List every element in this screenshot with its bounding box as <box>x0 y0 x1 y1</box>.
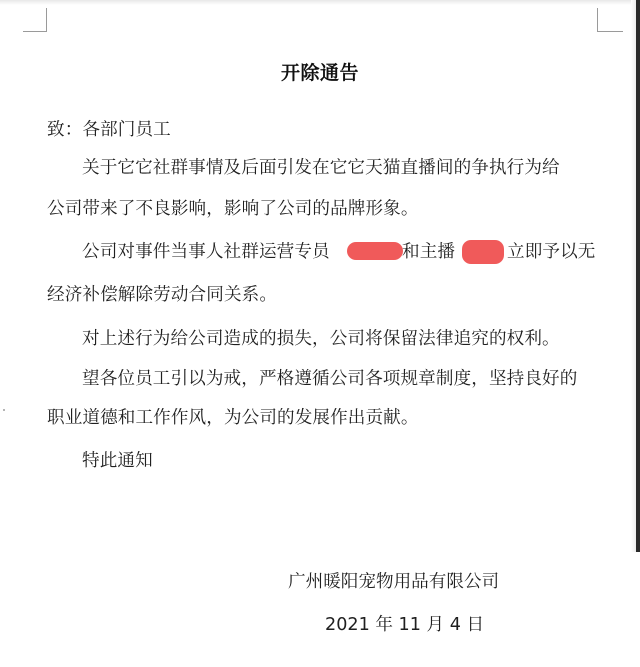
paragraph-1-line-1: 关于它它社群事情及后面引发在它它天猫直播间的争执行为给 <box>82 157 560 179</box>
signature-company: 广州暖阳宠物用品有限公司 <box>288 571 499 593</box>
margin-corner-mark-top-right <box>597 8 623 32</box>
closing-notice: 特此通知 <box>82 450 153 472</box>
paragraph-3-line-1: 对上述行为给公司造成的损失，公司将保留法律追究的权利。 <box>82 328 560 350</box>
margin-corner-mark-top-left <box>23 8 47 32</box>
salutation: 致：各部门员工 <box>47 119 171 141</box>
paragraph-2-line-2: 经济补偿解除劳动合同关系。 <box>47 284 277 306</box>
paragraph-4-line-2: 职业道德和工作作风，为公司的发展作出贡献。 <box>47 407 419 429</box>
paragraph-4-line-1: 望各位员工引以为戒，严格遵循公司各项规章制度，坚持良好的 <box>82 368 577 390</box>
page-top-edge <box>0 0 640 5</box>
paragraph-2-line-1-part-3: 立即予以无 <box>507 241 595 263</box>
redaction-mark-host-name <box>462 240 504 264</box>
signature-date: 2021 年 11 月 4 日 <box>325 614 484 636</box>
paragraph-2-line-1-part-1: 公司对事件当事人社群运营专员 <box>82 241 330 263</box>
redaction-mark-employee-name <box>347 242 403 260</box>
document-title: 开除通告 <box>0 58 640 85</box>
margin-dot <box>3 409 5 411</box>
paragraph-1-line-2: 公司带来了不良影响，影响了公司的品牌形象。 <box>47 198 419 220</box>
paragraph-2-line-1-part-2: 和主播 <box>402 241 455 263</box>
